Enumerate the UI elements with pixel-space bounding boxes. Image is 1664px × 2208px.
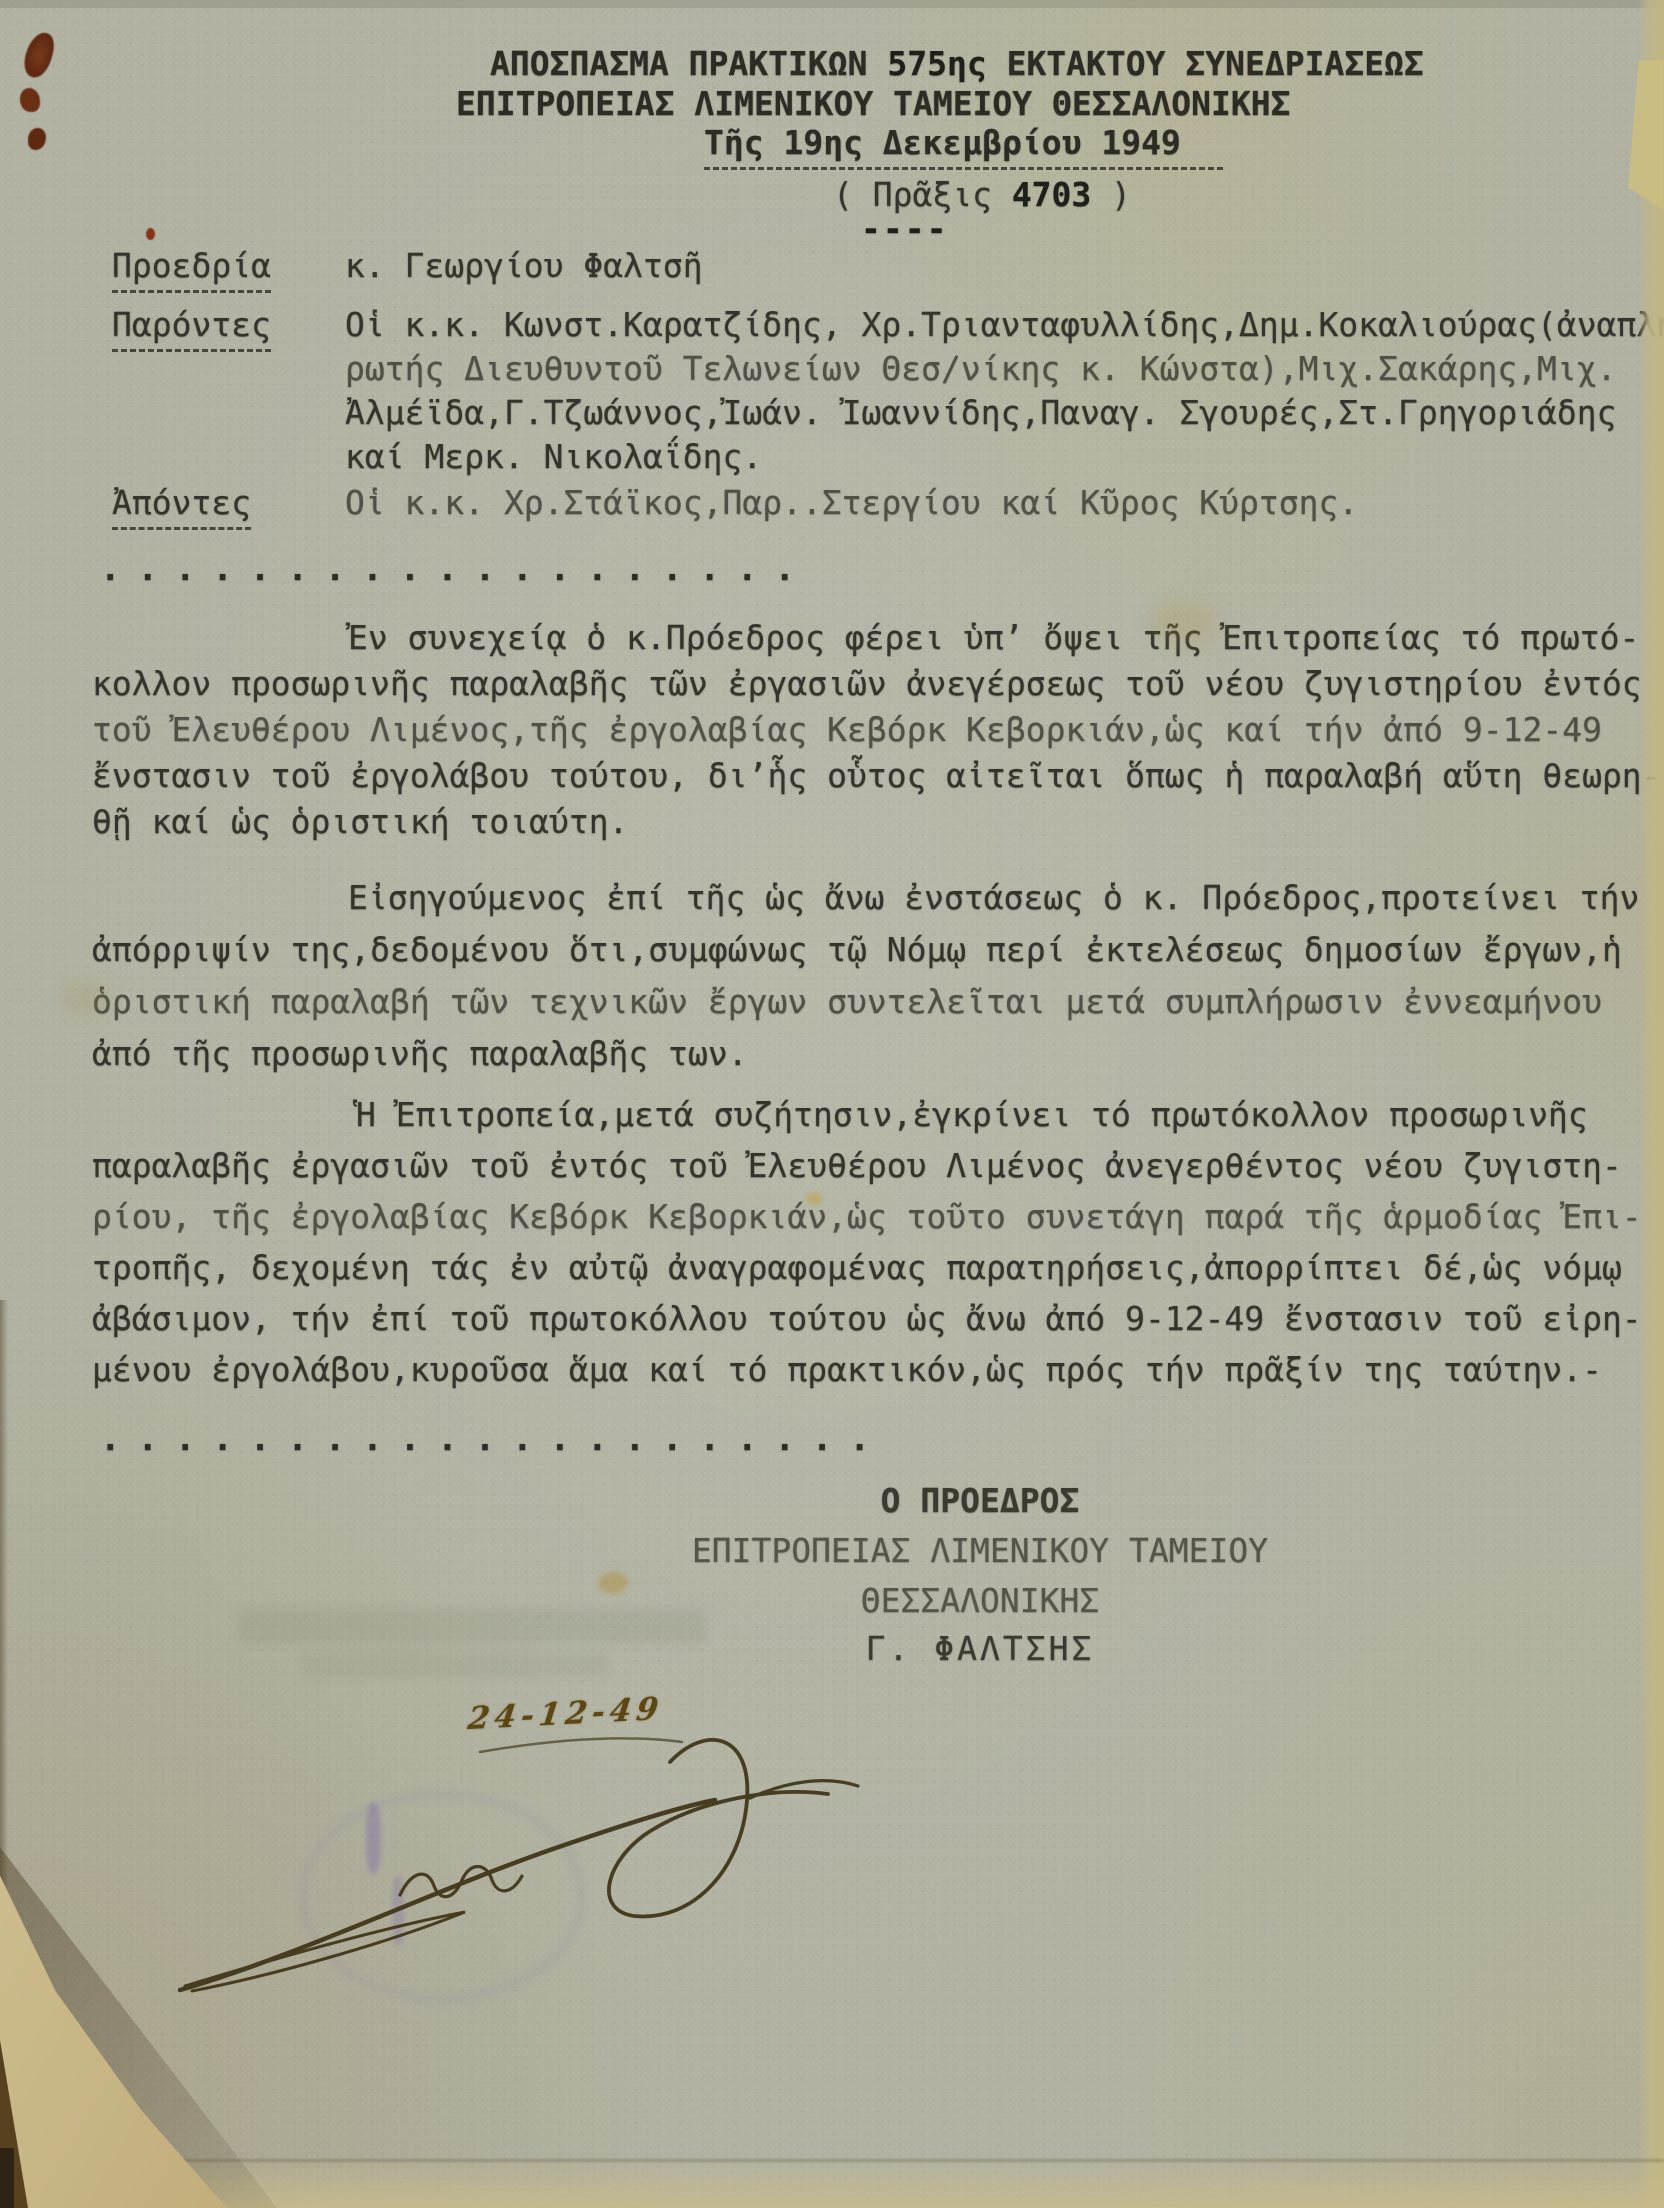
presidency-label: Προεδρία (112, 246, 271, 293)
title-line1-pre: ΑΠΟΣΠΑΣΜΑ ΠΡΑΚΤΙΚΩΝ (490, 44, 887, 83)
ink-blot (20, 88, 40, 112)
dotted-separator: ................... (100, 550, 812, 589)
faded-stamp-impression (238, 1608, 706, 1644)
body-line: Ἐν συνεχείᾳ ὁ κ.Πρόεδρος φέρει ὑπ’ ὄψει … (348, 619, 1639, 657)
signature-org-line2: ΘΕΣΣΑΛΟΝΙΚΗΣ (690, 1581, 1270, 1620)
present-line: Οἱ κ.κ. Κωνστ.Καρατζίδης, Χρ.Τριανταφυλλ… (345, 306, 1664, 344)
body-line: τροπῆς, δεχομένη τάς ἐν αὐτῷ ἀναγραφομέν… (92, 1249, 1622, 1287)
body-line: ἀπό τῆς προσωρινῆς παραλαβῆς των. (92, 1035, 748, 1073)
body-line: ρίου, τῆς ἐργολαβίας Κεβόρκ Κεβορκιάν,ὡς… (92, 1198, 1642, 1236)
absent-label: Ἀπόντες (112, 483, 251, 530)
document-title-line2: ΕΠΙΤΡΟΠΕΙΑΣ ΛΙΜΕΝΙΚΟΥ ΤΑΜΕΙΟΥ ΘΕΣΣΑΛΟΝΙΚ… (456, 85, 1290, 123)
body-line: ὁριστική παραλαβή τῶν τεχνικῶν ἔργων συν… (92, 983, 1602, 1021)
body-line: μένου ἐργολάβου,κυροῦσα ἅμα καί τό πρακτ… (92, 1351, 1602, 1389)
title-line1-post: ΕΚΤΑΚΤΟΥ ΣΥΝΕΔΡΙΑΣΕΩΣ (987, 44, 1424, 83)
present-line: ρωτής Διευθυντοῦ Τελωνείων Θεσ/νίκης κ. … (345, 350, 1617, 388)
present-line: καί Μερκ. Νικολαΐδης. (345, 438, 762, 476)
paper-corner-top-right (1628, 60, 1664, 210)
paper-edge-seam (0, 2159, 1664, 2162)
ink-speck (36, 2072, 45, 2081)
presidency-value: κ. Γεωργίου Φαλτσῆ (345, 247, 703, 285)
signer-name: Γ. ΦΑΛΤΣΗΣ (690, 1629, 1270, 1668)
body-line: τοῦ Ἐλευθέρου Λιμένος,τῆς ἐργολαβίας Κεβ… (92, 711, 1602, 749)
handwritten-signature (150, 1690, 870, 2020)
header-separator-dashes: ---- (861, 210, 948, 248)
document-page: ΑΠΟΣΠΑΣΜΑ ΠΡΑΚΤΙΚΩΝ 575ης ΕΚΤΑΚΤΟΥ ΣΥΝΕΔ… (0, 0, 1664, 2208)
document-title-line1: ΑΠΟΣΠΑΣΜΑ ΠΡΑΚΤΙΚΩΝ 575ης ΕΚΤΑΚΤΟΥ ΣΥΝΕΔ… (490, 45, 1424, 83)
signature-title: Ο ΠΡΟΕΔΡΟΣ (690, 1481, 1270, 1520)
body-line: ἔνστασιν τοῦ ἐργολάβου τούτου, δι’ἧς οὗτ… (92, 757, 1662, 795)
dotted-separator: ..................... (100, 1420, 887, 1459)
body-line: θῇ καί ὡς ὁριστική τοιαύτη. (92, 803, 628, 841)
age-stain (598, 1572, 628, 1594)
body-line: ἀβάσιμον, τήν ἐπί τοῦ πρωτοκόλλου τούτου… (92, 1300, 1642, 1338)
act-post: ) (1091, 175, 1131, 214)
torn-corner-dark-edge (0, 2040, 28, 2208)
paper-edge-bottom (0, 2158, 1664, 2208)
session-number: 575ης (887, 44, 986, 83)
ink-blot (28, 128, 46, 150)
absent-value: Οἱ κ.κ. Χρ.Στάϊκος,Παρ..Στεργίου καί Κῦρ… (345, 484, 1358, 522)
body-line: ἀπόρριψίν της,δεδομένου ὅτι,συμφώνως τῷ … (92, 931, 1622, 969)
meeting-date: Τῆς 19ης Δεκεμβρίου 1949 (704, 123, 1223, 170)
torn-corner-sliver (0, 2148, 14, 2208)
body-line: Ἡ Ἐπιτροπεία,μετά συζήτησιν,ἐγκρίνει τό … (356, 1096, 1588, 1134)
signature-org-line1: ΕΠΙΤΡΟΠΕΙΑΣ ΛΙΜΕΝΙΚΟΥ ΤΑΜΕΙΟΥ (690, 1531, 1270, 1570)
ink-speck (146, 228, 155, 240)
present-label: Παρόντες (112, 305, 271, 352)
paper-edge-left (0, 1300, 8, 2208)
body-line: παραλαβῆς ἐργασιῶν τοῦ ἐντός τοῦ Ἐλευθέρ… (92, 1147, 1622, 1185)
act-number: 4703 (1012, 175, 1091, 214)
body-line: κολλον προσωρινῆς παραλαβῆς τῶν ἐργασιῶν… (92, 665, 1642, 703)
faded-stamp-impression (300, 1652, 610, 1678)
paper-edge-top (0, 0, 1664, 8)
body-line: Εἰσηγούμενος ἐπί τῆς ὡς ἄνω ἐνστάσεως ὁ … (348, 879, 1639, 917)
present-line: Ἀλμέϊδα,Γ.Τζωάννος,Ἰωάν. Ἰωαννίδης,Παναγ… (345, 394, 1617, 432)
ink-blot (21, 30, 57, 81)
